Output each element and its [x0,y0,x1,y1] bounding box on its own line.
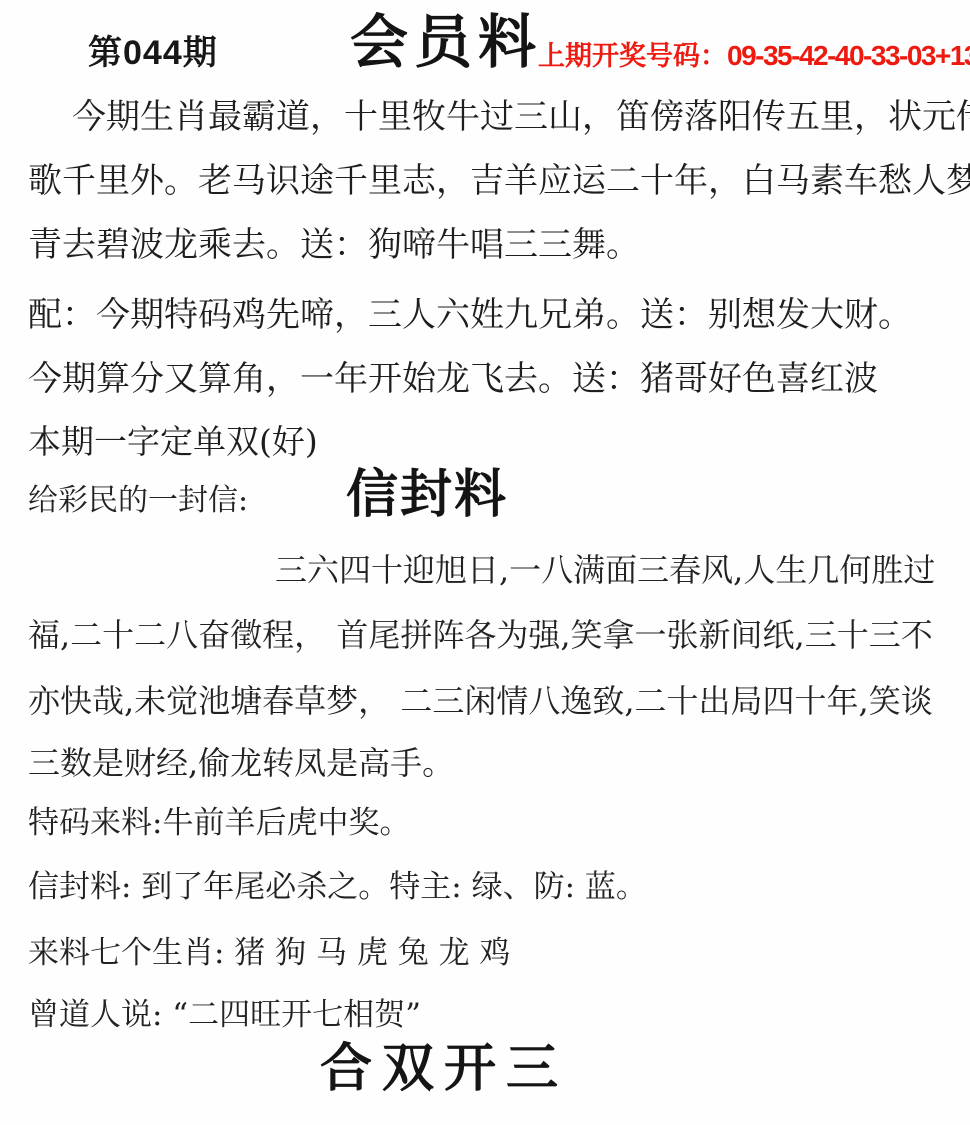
member-tips-sheet: 第044期 会员料 上期开奖号码：09-35-42-40-33-03+13 今期… [0,0,970,1125]
envelope-tip: 信封料: 到了年尾必杀之。特主: 绿、防: 蓝。 [28,870,647,905]
special-code-tip: 特码来料:牛前羊后虎中奖。 [28,806,410,841]
last-draw-numbers: 09-35-42-40-33-03+13 [727,40,970,71]
last-draw-result: 上期开奖号码：09-35-42-40-33-03+13 [538,40,970,71]
verse-line-3: 青去碧波龙乘去。送：狗啼牛唱三三舞。 [28,226,640,264]
pairing-line: 配：今期特码鸡先啼，三人六姓九兄弟。送：别想发大财。 [28,296,912,334]
footer-big-text: 合双开三 [320,1040,568,1098]
letter-intro-label: 给彩民的一封信: [28,484,248,518]
last-draw-label: 上期开奖号码： [538,41,727,71]
envelope-line-1: 三六四十迎旭日,一八满面三春风,人生几何胜过 [275,553,935,589]
zodiac-tip: 来料七个生肖: 猪 狗 马 虎 兔 龙 鸡 [28,936,510,971]
envelope-line-4: 三数是财经,偷龙转凤是高手。 [28,746,454,782]
issue-number: 第044期 [88,34,218,72]
sheet-title: 会员料 [350,10,542,75]
verse-line-1: 今期生肖最霸道，十里牧牛过三山，笛傍落阳传五里，状元传 [72,98,970,136]
envelope-heading: 信封料 [346,466,508,524]
envelope-line-3: 亦快哉,未觉池塘春草梦， 二三闲情八逸致,二十出局四十年,笑谈 [28,684,933,720]
odd-even-line: 本期一字定单双(好) [28,424,318,461]
calculation-line: 今期算分又算角，一年开始龙飞去。送：猪哥好色喜红波 [28,360,878,398]
verse-line-2: 歌千里外。老马识途千里志，吉羊应运二十年，白马素车愁人梦， [28,162,970,200]
master-quote: 曾道人说: “二四旺开七相贺” [28,998,421,1033]
envelope-line-2: 福,二十二八奋徵程， 首尾拼阵各为强,笑拿一张新间纸,三十三不 [28,618,933,654]
